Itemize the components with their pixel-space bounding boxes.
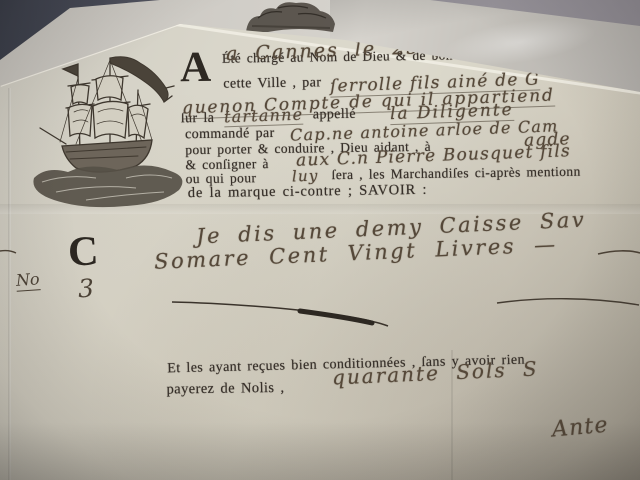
drop-cap: A bbox=[180, 48, 212, 88]
printed-line-2: cette Ville , par bbox=[223, 75, 321, 92]
vertical-fold-line bbox=[8, 88, 11, 480]
shipping-mark-numero: No bbox=[15, 269, 40, 292]
printed-receipt-line-2: payerez de Nolis , bbox=[166, 380, 284, 399]
shipping-mark-number: 3 bbox=[77, 274, 94, 304]
ship-woodcut-icon bbox=[26, 46, 198, 224]
photograph-of-bill-of-lading: A Été chargé au Nom de Dieu & de bon ſau… bbox=[0, 0, 640, 480]
handwritten-for-whom: luy bbox=[292, 167, 319, 186]
shipping-mark-letter: C bbox=[67, 227, 100, 277]
handwritten-signature: Ante bbox=[551, 413, 610, 443]
handwritten-vessel-type: tartanne bbox=[224, 105, 304, 128]
partial-engraving-icon bbox=[238, 0, 343, 34]
